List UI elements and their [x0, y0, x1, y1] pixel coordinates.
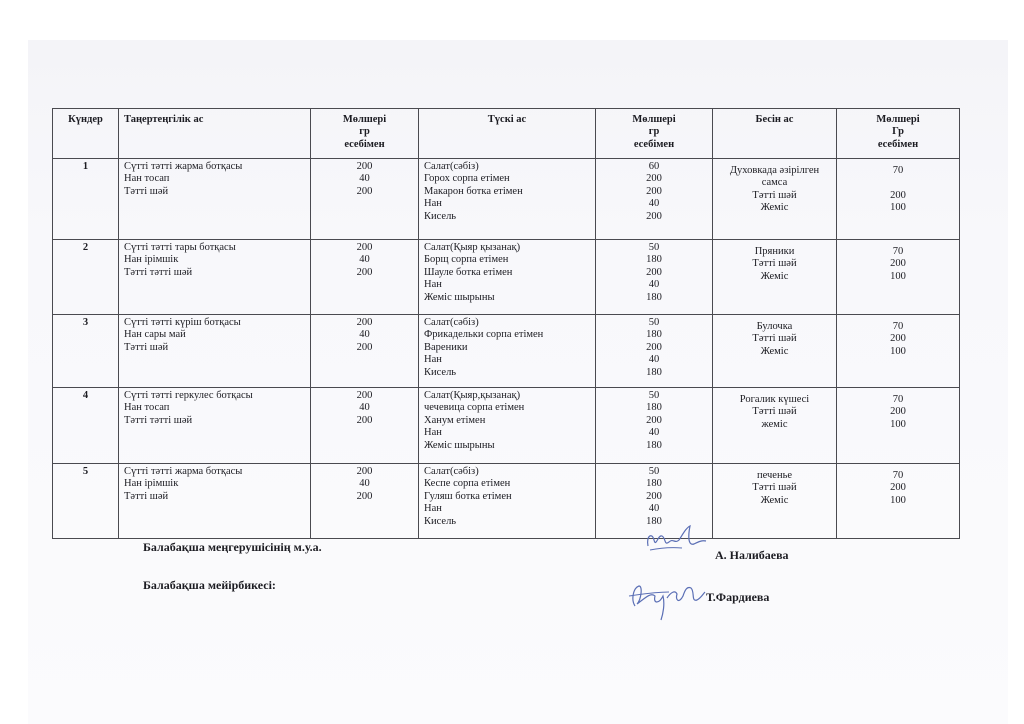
snack-quantities: 70200100: [837, 240, 960, 315]
breakfast-items: Сүтті тәтті жарма ботқасыНан тосапТәтті …: [119, 159, 311, 240]
breakfast-quantities: 20040200: [311, 240, 419, 315]
day-number: 3: [53, 315, 119, 388]
snack-items: Рогалик күшесіТәтті шәйжеміс: [713, 388, 837, 464]
header-breakfast: Таңертеңгілік ас: [119, 109, 311, 159]
snack-quantities: 70 200100: [837, 159, 960, 240]
breakfast-items: Сүтті тәтті геркулес ботқасыНан тосапТәт…: [119, 388, 311, 464]
lunch-quantities: 5018020040180: [596, 388, 713, 464]
header-lunch-qty: Мөлшері гр есебімен: [596, 109, 713, 159]
nurse-label: Балабақша мейірбикесі:: [143, 578, 276, 593]
snack-items: печеньеТәтті шәйЖеміс: [713, 464, 837, 539]
day-number: 5: [53, 464, 119, 539]
header-lunch: Түскі ас: [419, 109, 596, 159]
header-snack-qty: Мөлшері Гр есебімен: [837, 109, 960, 159]
lunch-items: Салат(Қыяр,қызанақ)чечевица сорпа етімен…: [419, 388, 596, 464]
breakfast-quantities: 20040200: [311, 159, 419, 240]
breakfast-items: Сүтті тәтті күріш ботқасыНан сары майТәт…: [119, 315, 311, 388]
lunch-quantities: 5018020040180: [596, 240, 713, 315]
table-row: 2Сүтті тәтті тары ботқасыНан ірімшікТәтт…: [53, 240, 960, 315]
nurse-signature-icon: [625, 578, 710, 623]
header-day: Күндер: [53, 109, 119, 159]
nurse-name: Т.Фардиева: [706, 590, 769, 605]
breakfast-quantities: 20040200: [311, 388, 419, 464]
header-snack: Бесін ас: [713, 109, 837, 159]
table-row: 1Сүтті тәтті жарма ботқасыНан тосапТәтті…: [53, 159, 960, 240]
day-number: 2: [53, 240, 119, 315]
lunch-items: Салат(сәбіз)Фрикадельки сорпа етіменВаре…: [419, 315, 596, 388]
director-signature-icon: [642, 522, 712, 560]
lunch-quantities: 6020020040200: [596, 159, 713, 240]
lunch-items: Салат(сәбіз)Кеспе сорпа етіменГуляш ботк…: [419, 464, 596, 539]
day-number: 4: [53, 388, 119, 464]
lunch-quantities: 5018020040180: [596, 315, 713, 388]
director-label: Балабақша меңгерушісінің м.у.а.: [143, 540, 322, 555]
snack-items: ПряникиТәтті шәйЖеміс: [713, 240, 837, 315]
lunch-items: Салат(сәбіз)Горох сорпа етіменМакарон бо…: [419, 159, 596, 240]
breakfast-items: Сүтті тәтті тары ботқасыНан ірімшікТәтті…: [119, 240, 311, 315]
breakfast-items: Сүтті тәтті жарма ботқасыНан ірімшікТәтт…: [119, 464, 311, 539]
breakfast-quantities: 20040200: [311, 315, 419, 388]
snack-items: БулочкаТәтті шәйЖеміс: [713, 315, 837, 388]
snack-items: Духовкада әзірілгенсамсаТәтті шәйЖеміс: [713, 159, 837, 240]
weekly-menu-table: Күндер Таңертеңгілік ас Мөлшері гр есебі…: [52, 108, 960, 539]
director-name: А. Налибаева: [715, 548, 789, 563]
snack-quantities: 70200100: [837, 315, 960, 388]
table-body: 1Сүтті тәтті жарма ботқасыНан тосапТәтті…: [53, 159, 960, 539]
day-number: 1: [53, 159, 119, 240]
breakfast-quantities: 20040200: [311, 464, 419, 539]
table-row: 3Сүтті тәтті күріш ботқасыНан сары майТә…: [53, 315, 960, 388]
snack-quantities: 70200100: [837, 388, 960, 464]
lunch-items: Салат(Қыяр қызанақ)Борщ сорпа етіменШаул…: [419, 240, 596, 315]
snack-quantities: 70200100: [837, 464, 960, 539]
table-row: 4Сүтті тәтті геркулес ботқасыНан тосапТә…: [53, 388, 960, 464]
header-breakfast-qty: Мөлшері гр есебімен: [311, 109, 419, 159]
table-header-row: Күндер Таңертеңгілік ас Мөлшері гр есебі…: [53, 109, 960, 159]
table-row: 5Сүтті тәтті жарма ботқасыНан ірімшікТәт…: [53, 464, 960, 539]
